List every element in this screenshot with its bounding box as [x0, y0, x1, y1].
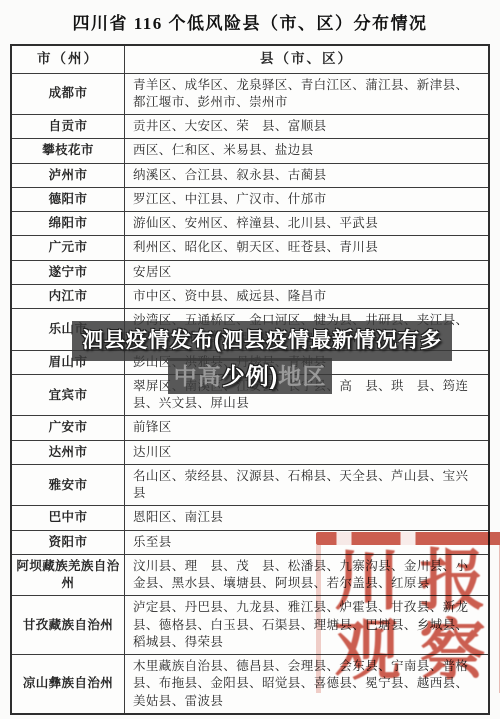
city-cell: 内江市 — [11, 284, 125, 308]
city-cell: 绵阳市 — [11, 212, 125, 236]
counties-cell: 泸定县、丹巴县、九龙县、雅江县、炉霍县、甘孜县、新龙县、德格县、白玉县、石渠县、… — [125, 596, 490, 655]
table-row: 达州市达川区 — [11, 440, 489, 464]
counties-cell: 名山区、荥经县、汉源县、石棉县、天全县、芦山县、宝兴县 — [125, 464, 490, 506]
table-row: 遂宁市安居区 — [11, 260, 489, 284]
city-cell: 凉山彝族自治州 — [11, 655, 125, 714]
counties-cell: 乐至县 — [125, 530, 490, 554]
city-cell: 乐山市 — [11, 309, 125, 351]
table-row: 内江市市中区、资中县、威远县、隆昌市 — [11, 284, 489, 308]
table-row: 阿坝藏族羌族自治州汶川县、理 县、茂 县、松潘县、九寨沟县、金川县、小金县、黑水… — [11, 554, 489, 596]
table-row: 甘孜藏族自治州泸定县、丹巴县、九龙县、雅江县、炉霍县、甘孜县、新龙县、德格县、白… — [11, 596, 489, 655]
counties-cell: 利州区、昭化区、朝天区、旺苍县、青川县 — [125, 236, 490, 260]
city-cell: 巴中市 — [11, 506, 125, 530]
counties-cell: 沙湾区、五通桥区、金口河区、犍为县、井研县、夹江县、沐川县、峨边彝族自治县、马边… — [125, 309, 490, 351]
city-cell: 雅安市 — [11, 464, 125, 506]
counties-cell: 贡井区、大安区、荣 县、富顺县 — [125, 115, 490, 139]
table-row: 凉山彝族自治州木里藏族自治县、德昌县、会理县、会东县、宁南县、普格县、布拖县、金… — [11, 655, 489, 714]
table-row: 自贡市贡井区、大安区、荣 县、富顺县 — [11, 115, 489, 139]
city-cell: 资阳市 — [11, 530, 125, 554]
page-title: 四川省 116 个低风险县（市、区）分布情况 — [0, 0, 500, 34]
counties-cell: 纳溪区、合江县、叙永县、古蔺县 — [125, 163, 490, 187]
city-cell: 广安市 — [11, 416, 125, 440]
counties-cell: 翠屏区、南溪区、江安县、长宁县、高 县、珙 县、筠连县、兴文县、屏山县 — [125, 374, 490, 416]
table-row: 成都市青羊区、成华区、龙泉驿区、青白江区、蒲江县、新津县、都江堰市、彭州市、崇州… — [11, 73, 489, 115]
counties-cell: 达川区 — [125, 440, 490, 464]
city-cell: 达州市 — [11, 440, 125, 464]
city-cell: 阿坝藏族羌族自治州 — [11, 554, 125, 596]
city-cell: 广元市 — [11, 236, 125, 260]
table-row: 绵阳市游仙区、安州区、梓潼县、北川县、平武县 — [11, 212, 489, 236]
header-counties-column: 县（市、区） — [125, 45, 490, 73]
table-row: 德阳市罗江区、中江县、广汉市、什邡市 — [11, 187, 489, 211]
table-row: 广元市利州区、昭化区、朝天区、旺苍县、青川县 — [11, 236, 489, 260]
city-cell: 眉山市 — [11, 350, 125, 374]
counties-cell: 青羊区、成华区、龙泉驿区、青白江区、蒲江县、新津县、都江堰市、彭州市、崇州市 — [125, 73, 490, 115]
counties-cell: 前锋区 — [125, 416, 490, 440]
table-row: 乐山市沙湾区、五通桥区、金口河区、犍为县、井研县、夹江县、沐川县、峨边彝族自治县… — [11, 309, 489, 351]
table-row: 广安市前锋区 — [11, 416, 489, 440]
city-cell: 宜宾市 — [11, 374, 125, 416]
city-cell: 甘孜藏族自治州 — [11, 596, 125, 655]
city-cell: 德阳市 — [11, 187, 125, 211]
counties-cell: 安居区 — [125, 260, 490, 284]
table-row: 资阳市乐至县 — [11, 530, 489, 554]
screenshot-page: 四川省 116 个低风险县（市、区）分布情况 市（州） 县（市、区） 成都市青羊… — [0, 0, 500, 719]
counties-cell: 罗江区、中江县、广汉市、什邡市 — [125, 187, 490, 211]
counties-cell: 汶川县、理 县、茂 县、松潘县、九寨沟县、金川县、小金县、黑水县、壤塘县、阿坝县… — [125, 554, 490, 596]
counties-cell: 彭山区、洪雅县、丹棱县、青神县 — [125, 350, 490, 374]
risk-county-table: 市（州） 县（市、区） 成都市青羊区、成华区、龙泉驿区、青白江区、蒲江县、新津县… — [10, 44, 490, 715]
table-header: 市（州） 县（市、区） — [11, 45, 489, 73]
city-cell: 自贡市 — [11, 115, 125, 139]
counties-cell: 木里藏族自治县、德昌县、会理县、会东县、宁南县、普格县、布拖县、金阳县、昭觉县、… — [125, 655, 490, 714]
table-row: 雅安市名山区、荥经县、汉源县、石棉县、天全县、芦山县、宝兴县 — [11, 464, 489, 506]
table-row: 巴中市恩阳区、南江县 — [11, 506, 489, 530]
counties-cell: 游仙区、安州区、梓潼县、北川县、平武县 — [125, 212, 490, 236]
table-row: 宜宾市翠屏区、南溪区、江安县、长宁县、高 县、珙 县、筠连县、兴文县、屏山县 — [11, 374, 489, 416]
table-body: 成都市青羊区、成华区、龙泉驿区、青白江区、蒲江县、新津县、都江堰市、彭州市、崇州… — [11, 73, 489, 714]
city-cell: 攀枝花市 — [11, 139, 125, 163]
counties-cell: 市中区、资中县、威远县、隆昌市 — [125, 284, 490, 308]
header-row: 市（州） 县（市、区） — [11, 45, 489, 73]
counties-cell: 西区、仁和区、米易县、盐边县 — [125, 139, 490, 163]
table-row: 眉山市彭山区、洪雅县、丹棱县、青神县 — [11, 350, 489, 374]
city-cell: 遂宁市 — [11, 260, 125, 284]
city-cell: 成都市 — [11, 73, 125, 115]
table-row: 泸州市纳溪区、合江县、叙永县、古蔺县 — [11, 163, 489, 187]
counties-cell: 恩阳区、南江县 — [125, 506, 490, 530]
header-city-column: 市（州） — [11, 45, 125, 73]
table-row: 攀枝花市西区、仁和区、米易县、盐边县 — [11, 139, 489, 163]
city-cell: 泸州市 — [11, 163, 125, 187]
